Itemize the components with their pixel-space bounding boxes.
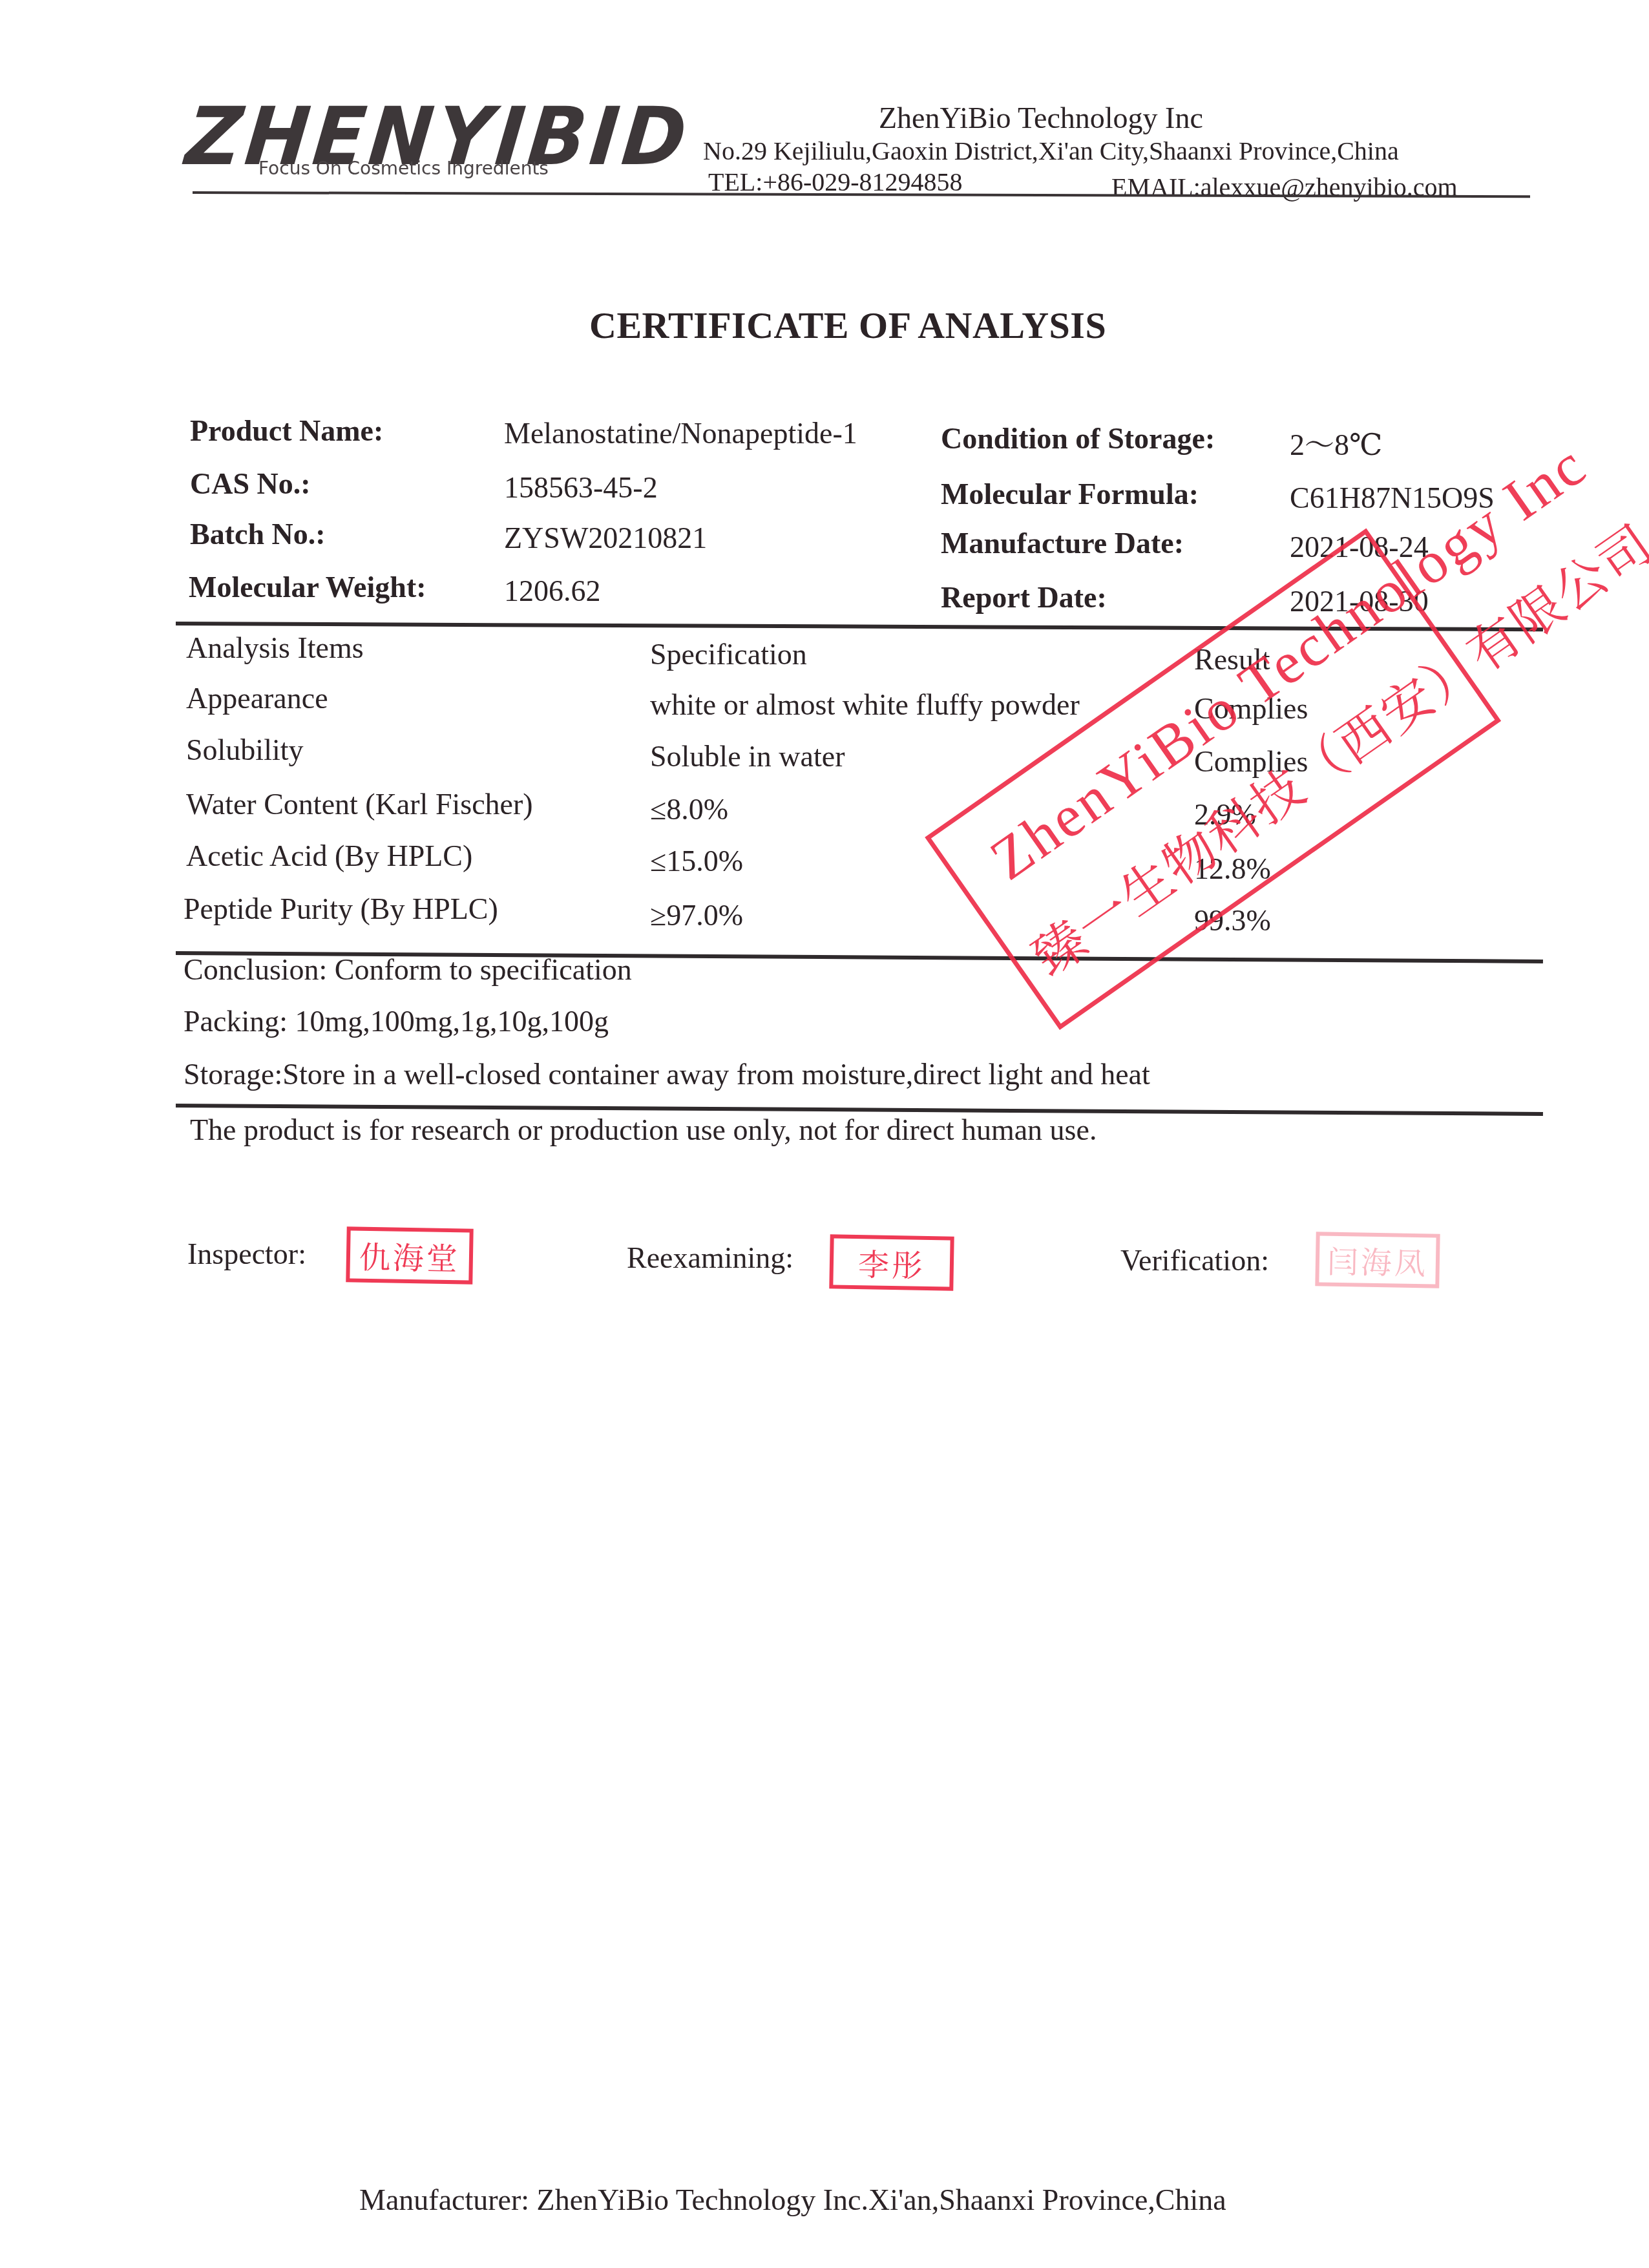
disclaimer-text: The product is for research or productio… bbox=[190, 1113, 1097, 1147]
info-value: 158563-45-2 bbox=[504, 470, 658, 505]
verification-stamp: 闫海凤 bbox=[1315, 1232, 1440, 1288]
storage-text: Storage:Store in a well-closed container… bbox=[184, 1057, 1150, 1091]
info-label: Report Date: bbox=[941, 580, 1107, 614]
info-value: 2～8℃ bbox=[1290, 421, 1382, 464]
company-address: No.29 Kejiliulu,Gaoxin District,Xi'an Ci… bbox=[703, 136, 1399, 166]
info-label: Molecular Weight: bbox=[189, 570, 426, 604]
document-title: CERTIFICATE OF ANALYSIS bbox=[589, 304, 1106, 347]
packing-text: Packing: 10mg,100mg,1g,10g,100g bbox=[184, 1004, 609, 1038]
analysis-item: Water Content (Karl Fischer) bbox=[186, 787, 533, 821]
info-label: Molecular Formula: bbox=[941, 477, 1199, 511]
info-value: Melanostatine/Nonapeptide-1 bbox=[504, 416, 857, 450]
analysis-item: Appearance bbox=[186, 681, 328, 715]
specification: white or almost white fluffy powder bbox=[650, 688, 1080, 722]
verification-label: Verification: bbox=[1120, 1243, 1269, 1277]
analysis-item: Acetic Acid (By HPLC) bbox=[186, 839, 472, 873]
analysis-item: Solubility bbox=[186, 733, 303, 767]
conclusion-text: Conclusion: Conform to specification bbox=[184, 952, 632, 987]
info-label: Product Name: bbox=[190, 414, 383, 448]
specification: ≤15.0% bbox=[650, 844, 743, 878]
manufacturer-footer: Manufacturer: ZhenYiBio Technology Inc.X… bbox=[359, 2183, 1226, 2217]
reexamining-label: Reexamining: bbox=[627, 1241, 793, 1275]
info-value: ZYSW20210821 bbox=[504, 521, 707, 555]
info-value: 1206.62 bbox=[504, 574, 601, 608]
column-header: Analysis Items bbox=[186, 631, 364, 665]
info-label: Manufacture Date: bbox=[941, 526, 1184, 560]
column-header: Specification bbox=[650, 637, 807, 671]
specification: Soluble in water bbox=[650, 739, 845, 773]
specification: ≤8.0% bbox=[650, 792, 728, 826]
info-label: Batch No.: bbox=[190, 517, 326, 551]
company-email: EMAIL:alexxue@zhenyibio.com bbox=[1111, 172, 1458, 202]
info-label: CAS No.: bbox=[190, 467, 311, 501]
company-name: ZhenYiBio Technology Inc bbox=[879, 101, 1203, 135]
analysis-item: Peptide Purity (By HPLC) bbox=[184, 892, 498, 926]
info-label: Condition of Storage: bbox=[941, 421, 1215, 456]
specification: ≥97.0% bbox=[650, 898, 743, 932]
company-tagline: Focus On Cosmetics Ingredients bbox=[258, 158, 549, 179]
reexamining-stamp: 李彤 bbox=[829, 1234, 954, 1290]
inspector-stamp: 仇海堂 bbox=[346, 1226, 473, 1284]
inspector-label: Inspector: bbox=[187, 1237, 306, 1271]
